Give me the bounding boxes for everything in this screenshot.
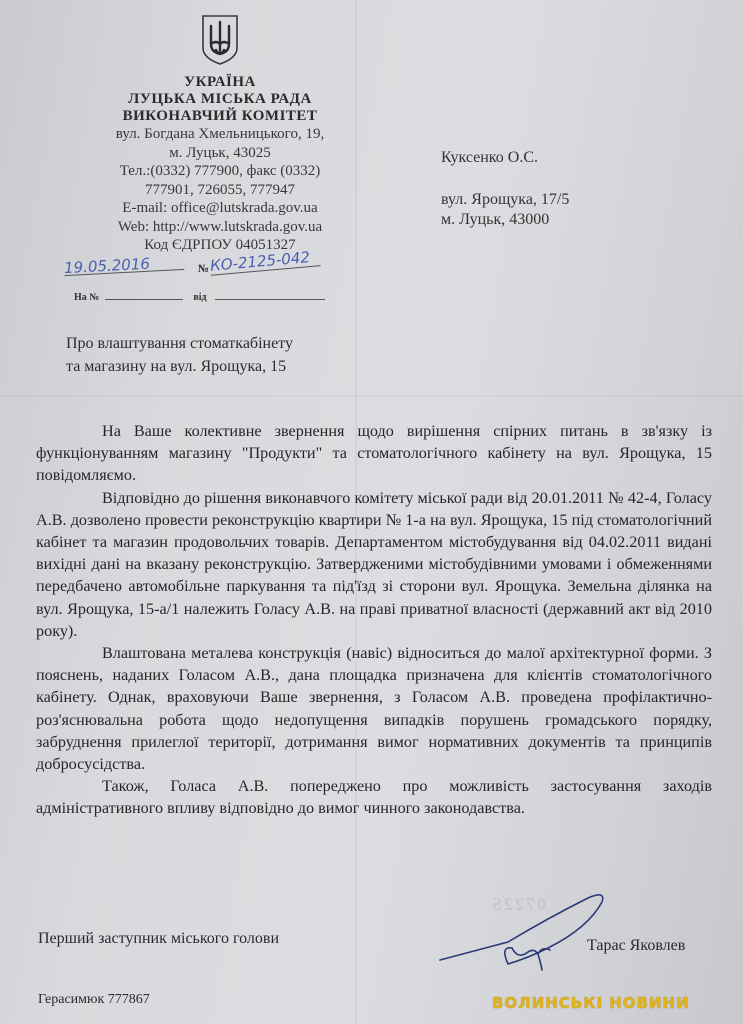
reference-date-label: від <box>193 292 206 303</box>
recipient-street: вул. Ярощука, 17/5 <box>441 190 569 210</box>
registration-number-label: № <box>198 263 209 275</box>
org-edrpou: Код ЄДРПОУ 04051327 <box>60 236 380 255</box>
registration-date: 19.05.2016 <box>64 253 185 276</box>
handwritten-signature <box>438 888 618 978</box>
org-council: ЛУЦЬКА МІСЬКА РАДА <box>60 91 380 108</box>
reference-number-blank <box>105 299 183 300</box>
signatory-position: Перший заступник міського голови <box>38 930 279 948</box>
reference-date-blank <box>215 299 325 300</box>
letter-subject: Про влаштування стоматкабінету та магази… <box>66 332 293 378</box>
letter-body: На Ваше колективне звернення щодо виріше… <box>36 420 712 820</box>
reference-label: На № <box>74 292 99 303</box>
org-phone-line2: 777901, 726055, 777947 <box>60 181 380 200</box>
recipient-city: м. Луцьк, 43000 <box>441 210 569 230</box>
org-web: Web: http://www.lutskrada.gov.ua <box>60 218 380 237</box>
news-watermark-logo: ВОЛИНСЬКІ НОВИНИ <box>492 994 690 1012</box>
reference-row: На №від <box>74 292 325 303</box>
body-paragraph: На Ваше колективне звернення щодо виріше… <box>36 420 712 487</box>
subject-line1: Про влаштування стоматкабінету <box>66 332 293 355</box>
trident-coat-of-arms-icon <box>200 14 240 66</box>
paper-crease <box>0 395 743 397</box>
body-paragraph: Влаштована металева конструкція (навіс) … <box>36 642 712 775</box>
org-committee: ВИКОНАВЧИЙ КОМІТЕТ <box>60 108 380 125</box>
org-country: УКРАЇНА <box>60 74 380 91</box>
executor-contact: Герасимюк 777867 <box>38 992 150 1008</box>
org-email: E-mail: office@lutskrada.gov.ua <box>60 199 380 218</box>
subject-line2: та магазину на вул. Ярощука, 15 <box>66 355 293 378</box>
recipient-block: Куксенко О.С. вул. Ярощука, 17/5 м. Луць… <box>441 148 569 230</box>
recipient-name: Куксенко О.С. <box>441 148 569 168</box>
letterhead: УКРАЇНА ЛУЦЬКА МІСЬКА РАДА ВИКОНАВЧИЙ КО… <box>60 14 380 255</box>
org-phone-line1: Тел.:(0332) 777900, факс (0332) <box>60 162 380 181</box>
body-paragraph: Також, Голаса А.В. попереджено про можли… <box>36 775 712 819</box>
org-address-line2: м. Луцьк, 43025 <box>60 144 380 163</box>
body-paragraph: Відповідно до рішення виконавчого коміте… <box>36 487 712 642</box>
org-address-line1: вул. Богдана Хмельницького, 19, <box>60 125 380 144</box>
signatory-name: Тарас Яковлев <box>587 937 685 955</box>
